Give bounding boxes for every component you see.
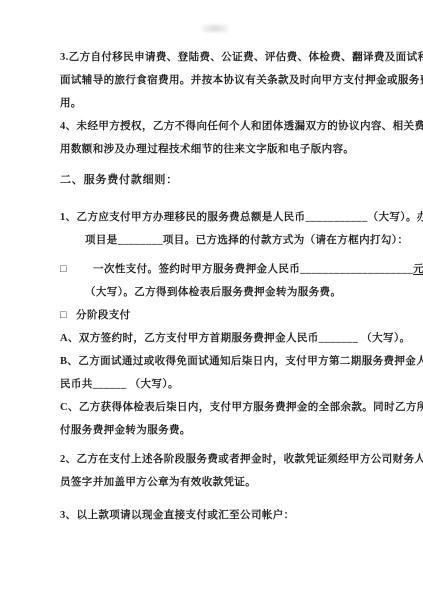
staged-payment-label: 分阶段支付 [76, 310, 131, 321]
clause-1-line-2: 项目是________项目。已方选择的付款方式为（请在方框内打勾）： [60, 229, 393, 252]
clause-2-receipt-validity: 2、乙方在支付上述各阶段服务费或者押金时，收款凭证须经甲方公司财务人 员签字并加… [60, 448, 393, 494]
clause-4-line-2: 用数额和涉及办理过程技术细节的往来文字版和电子版内容。 [60, 138, 393, 161]
clause-3-line-1: 3.乙方自付移民申请费、登陆费、公证费、评估费、体检费、翻译费及面试和 [60, 46, 393, 69]
one-time-payment-amount-blank: ____________________ [300, 264, 413, 275]
section-heading-service-fee-rules: 二、服务费付款细则： [60, 169, 393, 192]
staged-payment-checkbox-icon: □ [60, 304, 67, 327]
staged-item-c: C、乙方获得体检表后柒日内，支付甲方服务费押金的全部余款。同时乙方所 付服务费押… [60, 396, 393, 442]
clause-2-line-1: 2、乙方在支付上述各阶段服务费或者押金时，收款凭证须经甲方公司财务人 [60, 448, 393, 471]
clause-3-line-3: 用。 [60, 92, 393, 115]
scan-smudge-artifact [202, 24, 228, 33]
staged-item-c-line-2: 付服务费押金转为服务费。 [60, 419, 393, 442]
clause-3-line-2: 面试辅导的旅行食宿费用。并按本协议有关条款及时向甲方支付押金或服务费 [60, 69, 393, 92]
one-time-payment-text: 一次性支付。签约时甲方服务费押金人民币 [93, 264, 300, 275]
clause-4-line-1: 4、未经甲方授权，乙方不得向任何个人和团体透漏双方的协议内容、相关费 [60, 115, 393, 138]
option-staged-payment: □分阶段支付 [60, 304, 393, 327]
staged-item-b-line-1: B、乙方面试通过或收得免面试通知后柒日内，支付甲方第二期服务费押金人 [60, 350, 393, 373]
clause-1-line-1: 1、乙方应支付甲方办理移民的服务费总额是人民币___________（大写）。办… [60, 206, 393, 229]
one-time-payment-checkbox-icon: □ [60, 258, 67, 281]
contract-document-page: 3.乙方自付移民申请费、登陆费、公证费、评估费、体检费、翻译费及面试和 面试辅导… [0, 0, 423, 600]
clause-3-payment-account-line: 3、以上款项请以现金直接支付或汇至公司帐户： [60, 504, 393, 527]
option-one-time-payment: □一次性支付。签约时甲方服务费押金人民币____________________… [60, 258, 393, 304]
clause-4-confidentiality: 4、未经甲方授权，乙方不得向任何个人和团体透漏双方的协议内容、相关费 用数额和涉… [60, 115, 393, 161]
staged-item-c-line-1: C、乙方获得体检表后柒日内，支付甲方服务费押金的全部余款。同时乙方所 [60, 396, 393, 419]
clause-2-line-2: 员签字并加盖甲方公章为有效收款凭证。 [60, 471, 393, 494]
section-heading-text: 二、服务费付款细则： [60, 169, 393, 192]
staged-item-a-line: A、双方签约时，乙方支付甲方首期服务费押金人民币_______ （大写）。 [60, 327, 393, 350]
one-time-payment-unit-label: 元整 [413, 264, 423, 275]
staged-item-b-line-2: 民币共______ （大写）。 [60, 373, 393, 396]
one-time-payment-line-1: □一次性支付。签约时甲方服务费押金人民币____________________… [60, 258, 393, 281]
clause-1-service-fee-total: 1、乙方应支付甲方办理移民的服务费总额是人民币___________（大写）。办… [60, 206, 393, 252]
staged-item-a: A、双方签约时，乙方支付甲方首期服务费押金人民币_______ （大写）。 [60, 327, 393, 350]
one-time-payment-line-2: （大写）。乙方得到体检表后服务费押金转为服务费。 [60, 281, 393, 304]
clause-3-payment-account: 3、以上款项请以现金直接支付或汇至公司帐户： [60, 504, 393, 527]
staged-payment-line: □分阶段支付 [60, 304, 393, 327]
staged-item-b: B、乙方面试通过或收得免面试通知后柒日内，支付甲方第二期服务费押金人 民币共__… [60, 350, 393, 396]
clause-3-self-paid-fees: 3.乙方自付移民申请费、登陆费、公证费、评估费、体检费、翻译费及面试和 面试辅导… [60, 46, 393, 115]
